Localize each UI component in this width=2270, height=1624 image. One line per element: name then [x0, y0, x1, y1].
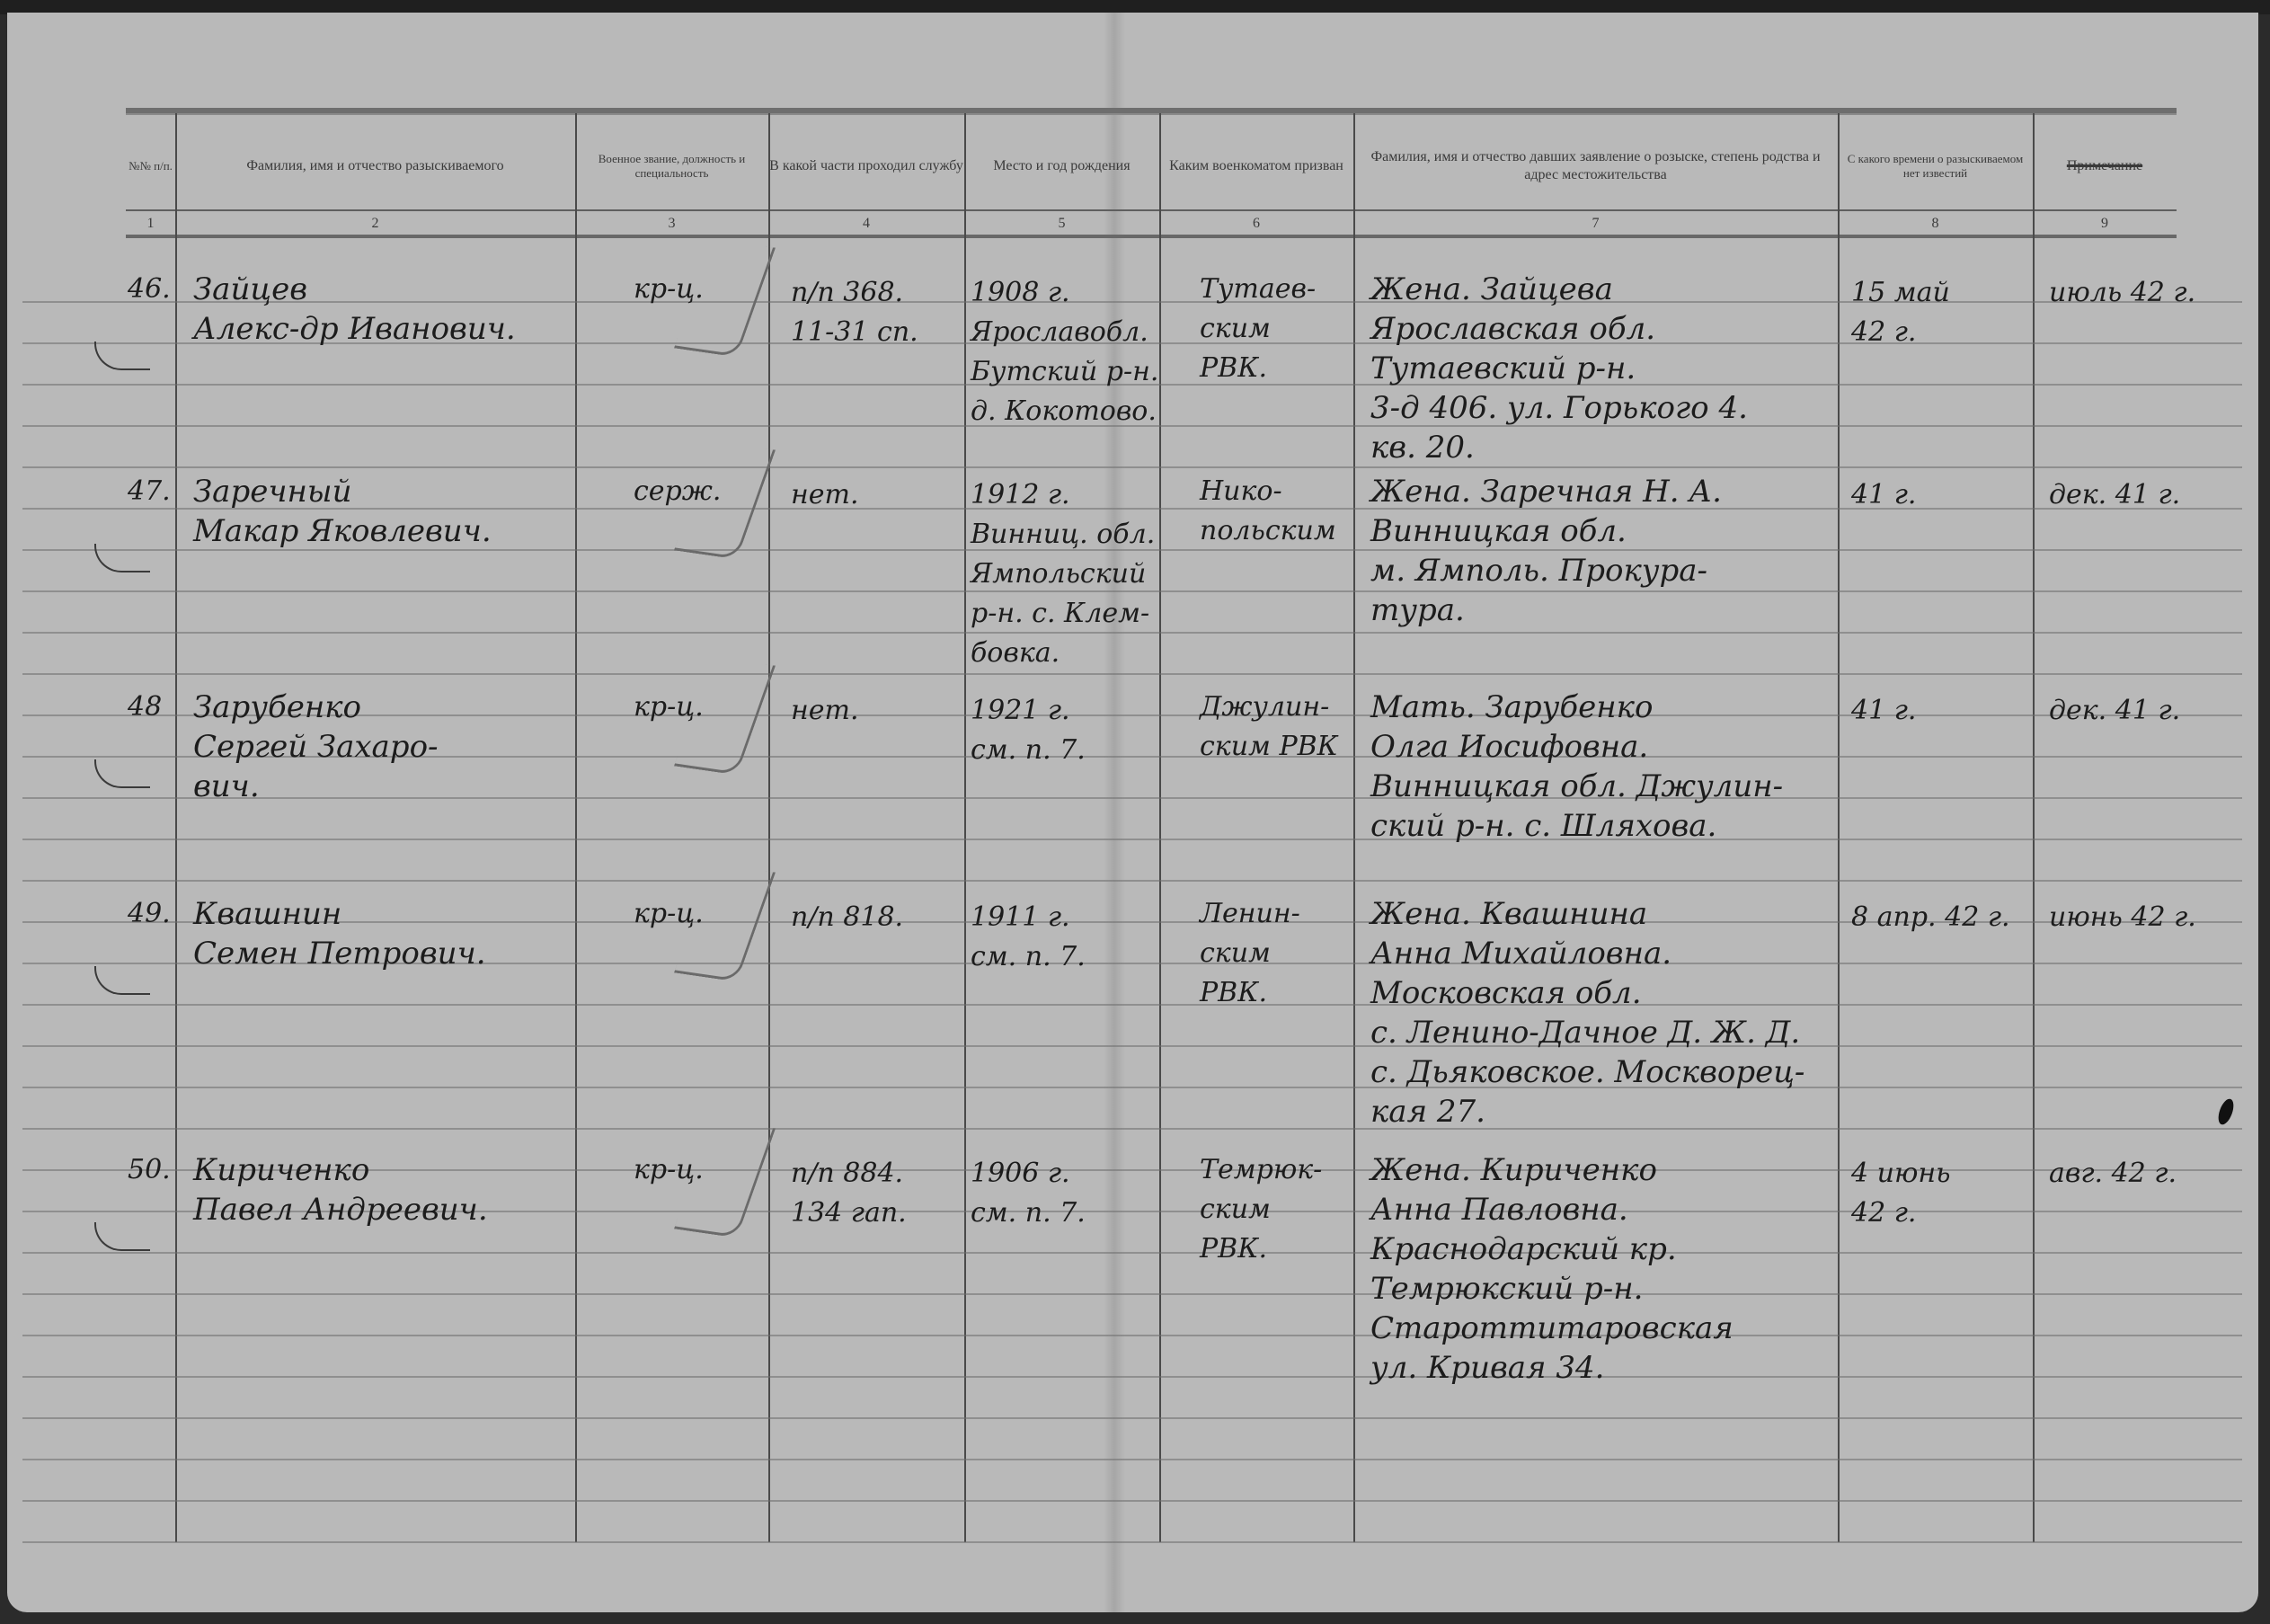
column-number: 9 — [2033, 216, 2177, 235]
no-news-since: 4 июнь42 г. — [1851, 1154, 1950, 1233]
column-header-2: Фамилия, имя и отчество разыскиваемого — [175, 126, 575, 207]
ruled-line — [22, 1252, 2242, 1254]
column-number: 2 — [175, 216, 575, 235]
ruled-line — [22, 1087, 2242, 1088]
note: июль 42 г. — [2049, 273, 2195, 313]
birthplace-year: 1911 г.см. п. 7. — [971, 898, 1086, 977]
military-commissariat: Нико-польским — [1200, 472, 1336, 551]
missing-person-name: КириченкоПавел Андреевич. — [193, 1150, 488, 1229]
birthplace-year: 1921 г.см. п. 7. — [971, 691, 1086, 770]
column-number: 4 — [768, 216, 964, 235]
column-number: 8 — [1838, 216, 2033, 235]
column-header-1: №№ п/п. — [126, 126, 175, 207]
column-header-5: Место и год рождения — [964, 126, 1159, 207]
ruled-line — [22, 1376, 2242, 1378]
military-commissariat: Ленин-скимРВК. — [1200, 894, 1300, 1013]
column-header-label: Фамилия, имя и отчество давших заявление… — [1353, 148, 1838, 184]
missing-person-name: ЗаречныйМакар Яковлевич. — [193, 472, 492, 551]
note: июнь 42 г. — [2049, 898, 2196, 937]
military-unit: нет. — [791, 691, 859, 731]
record-number: 48 — [128, 688, 162, 727]
birthplace-year: 1906 г.см. п. 7. — [971, 1154, 1086, 1233]
header-rule — [126, 209, 2177, 211]
record-number: 49. — [128, 894, 171, 934]
applicant-address: Жена. КириченкоАнна Павловна.Краснодарск… — [1370, 1150, 1734, 1388]
birthplace-year: 1908 г.Ярославобл.Бутский р-н.д. Кокотов… — [971, 273, 1158, 431]
ruled-line — [22, 1293, 2242, 1295]
no-news-since: 41 г. — [1851, 475, 1916, 515]
ruled-line — [22, 1045, 2242, 1047]
military-unit: п/п 884.134 гап. — [791, 1154, 907, 1233]
column-number: 3 — [575, 216, 768, 235]
column-header-9: Примечание — [2033, 126, 2177, 207]
missing-person-name: ЗарубенкоСергей Захаро-вич. — [193, 688, 439, 806]
document-page — [7, 13, 2258, 1612]
column-header-label: №№ п/п. — [129, 159, 173, 173]
column-divider — [964, 113, 966, 1542]
column-number: 7 — [1353, 216, 1838, 235]
ruled-line — [22, 1335, 2242, 1336]
ruled-line — [22, 1541, 2242, 1543]
note: авг. 42 г. — [2049, 1154, 2177, 1194]
ruled-line — [22, 1417, 2242, 1419]
ruled-line — [22, 1004, 2242, 1006]
column-header-7: Фамилия, имя и отчество давших заявление… — [1353, 126, 1838, 207]
column-divider — [768, 113, 770, 1542]
military-commissariat: Джулин-ским РВК — [1200, 688, 1338, 767]
ruled-line — [22, 673, 2242, 675]
ruled-line — [22, 880, 2242, 882]
column-header-label: Примечание — [2067, 157, 2142, 175]
column-divider — [1159, 113, 1161, 1542]
column-divider — [1353, 113, 1355, 1542]
missing-person-name: ЗайцевАлекс-др Иванович. — [193, 270, 516, 349]
no-news-since: 8 апр. 42 г. — [1851, 898, 2010, 937]
no-news-since: 15 май42 г. — [1851, 273, 1950, 352]
column-header-label: С какого времени о разыскиваемом нет изв… — [1838, 152, 2033, 181]
column-divider — [2033, 113, 2035, 1542]
column-header-label: В какой части проходил службу — [769, 157, 963, 175]
ruled-line — [22, 1500, 2242, 1502]
column-header-label: Фамилия, имя и отчество разыскиваемого — [246, 157, 503, 175]
column-header-label: Военное звание, должность и специальност… — [575, 152, 768, 181]
record-number: 50. — [128, 1150, 171, 1190]
ruled-line — [22, 466, 2242, 468]
column-number: 5 — [964, 216, 1159, 235]
record-number: 46. — [128, 270, 171, 309]
column-header-label: Каким военкоматом призван — [1169, 157, 1343, 175]
ruled-line — [22, 1459, 2242, 1460]
column-divider — [175, 113, 177, 1542]
record-number: 47. — [128, 472, 171, 511]
birthplace-year: 1912 г.Винниц. обл.Ямпольскийр-н. с. Кле… — [971, 475, 1155, 673]
column-number: 6 — [1159, 216, 1353, 235]
applicant-address: Жена. КвашнинаАнна Михайловна.Московская… — [1370, 894, 1804, 1131]
column-number: 1 — [126, 216, 175, 235]
column-header-3: Военное звание, должность и специальност… — [575, 126, 768, 207]
ruled-line — [22, 839, 2242, 840]
missing-person-name: КвашнинСемен Петрович. — [193, 894, 486, 973]
military-unit: п/п 368.11-31 сп. — [791, 273, 918, 352]
applicant-address: Мать. ЗарубенкоОлга Иосифовна.Винницкая … — [1370, 688, 1783, 846]
applicant-address: Жена. Заречная Н. А.Винницкая обл.м. Ямп… — [1370, 472, 1722, 630]
column-header-4: В какой части проходил службу — [768, 126, 964, 207]
military-commissariat: Тутаев-скимРВК. — [1200, 270, 1316, 388]
note: дек. 41 г. — [2049, 475, 2180, 515]
column-header-6: Каким военкоматом призван — [1159, 126, 1353, 207]
military-unit: п/п 818. — [791, 898, 903, 937]
table-top-rule — [126, 108, 2177, 115]
column-divider — [575, 113, 577, 1542]
column-header-label: Место и год рождения — [993, 157, 1130, 175]
military-commissariat: Темрюк-скимРВК. — [1200, 1150, 1322, 1269]
column-header-8: С какого времени о разыскиваемом нет изв… — [1838, 126, 2033, 207]
column-divider — [1838, 113, 1840, 1542]
no-news-since: 41 г. — [1851, 691, 1916, 731]
military-unit: нет. — [791, 475, 859, 515]
applicant-address: Жена. ЗайцеваЯрославская обл.Тутаевский … — [1370, 270, 1748, 467]
ruled-line — [22, 1128, 2242, 1130]
note: дек. 41 г. — [2049, 691, 2180, 731]
